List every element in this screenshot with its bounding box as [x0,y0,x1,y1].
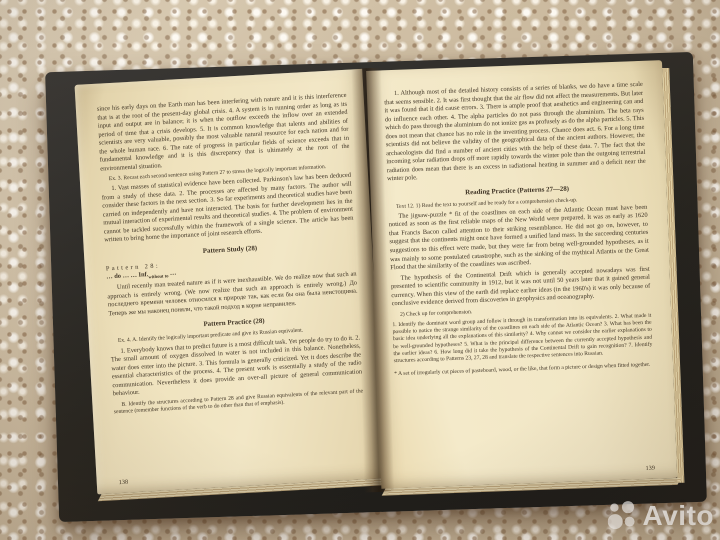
right-page-number: 139 [645,465,655,472]
text12-paragraph-1: The jigsaw-puzzle * fit of the coastline… [388,204,649,273]
ex3-sentences: 1. Vast masses of statistical evidence h… [101,172,354,245]
text12-paragraph-2: The hypothesis of the Continental Drift … [391,265,651,309]
photo-scene: since his early days on the Earth man ha… [0,0,720,540]
checkup-questions: 1. Identify the dominant word group and … [392,313,652,366]
avito-logo-icon [606,500,638,532]
right-page: 1. Although most of the detailed history… [366,60,677,489]
pattern-formula-subscript: without to [148,273,168,279]
left-page: since his early days on the Earth man ha… [75,69,385,494]
left-intro-continuation: since his early days on the Earth man ha… [97,92,350,174]
right-sentences: 1. Although most of the detailed history… [384,81,646,184]
open-book: since his early days on the Earth man ha… [45,52,707,522]
avito-brand-text: Avito [643,500,714,532]
pattern-formula-tail: … [168,270,176,277]
avito-watermark: Avito [606,500,714,532]
pattern-formula-main: … do … … Inf. [106,271,148,280]
left-page-number: 138 [119,479,129,487]
jigsaw-footnote: * A set of irregularly cut pieces of pas… [394,362,653,379]
